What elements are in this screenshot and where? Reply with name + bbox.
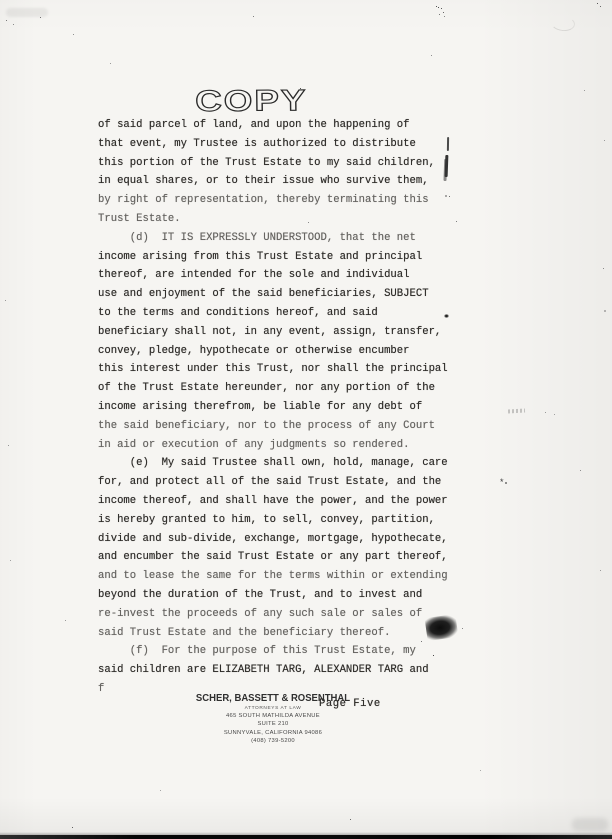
- document-line: income arising therefrom, be liable for …: [98, 398, 448, 417]
- ink-blob-smudge: [425, 614, 459, 641]
- scan-noise-speckles: [0, 0, 2, 2]
- letterhead-street: 465 SOUTH MATHILDA AVENUE: [168, 713, 378, 719]
- document-line: Trust Estate.: [98, 210, 448, 229]
- margin-pen-mark: [445, 155, 449, 177]
- copy-stamp: COPY: [195, 83, 308, 118]
- document-line: said children are ELIZABETH TARG, ALEXAN…: [98, 661, 448, 680]
- document-line: and encumber the said Trust Estate or an…: [98, 548, 448, 567]
- page-number: Page Five: [319, 698, 381, 710]
- document-line: income arising from this Trust Estate an…: [98, 248, 448, 267]
- document-line: beyond the duration of the Trust, and to…: [98, 586, 448, 605]
- document-line: income thereof, and shall have the power…: [98, 492, 448, 511]
- scan-edge-black-strip: [0, 835, 612, 839]
- document-line: of the Trust Estate hereunder, nor any p…: [98, 379, 448, 398]
- document-line: for, and protect all of the said Trust E…: [98, 473, 448, 492]
- pencil-scribble: [436, 6, 437, 7]
- letterhead-city: SUNNYVALE, CALIFORNIA 94086: [168, 730, 378, 736]
- letterhead-suite: SUITE 210: [168, 721, 378, 727]
- document-line: to the terms and conditions hereof, and …: [98, 304, 448, 323]
- document-line: the said beneficiary, nor to the process…: [98, 417, 448, 436]
- document-line: use and enjoyment of the said beneficiar…: [98, 285, 448, 304]
- document-line: beneficiary shall not, in any event, ass…: [98, 323, 448, 342]
- scan-smudge: [6, 8, 48, 17]
- document-line: in aid or execution of any judgments so …: [98, 436, 448, 455]
- margin-pen-dot: [444, 314, 449, 318]
- faint-arc-mark: [550, 15, 575, 32]
- margin-asterisk-mark: *: [500, 477, 504, 487]
- document-line: in equal shares, or to their issue who s…: [98, 172, 448, 191]
- document-line: by right of representation, thereby term…: [98, 191, 448, 210]
- document-line: said Trust Estate and the beneficiary th…: [98, 624, 448, 643]
- scanned-document-page: COPY of said parcel of land, and upon th…: [0, 0, 612, 839]
- document-line: thereof, are intended for the sole and i…: [98, 266, 448, 285]
- document-line: (f) For the purpose of this Trust Estate…: [98, 642, 448, 661]
- margin-pen-mark: [447, 137, 449, 151]
- scan-smudge: [572, 818, 608, 831]
- document-line: divide and sub-divide, exchange, mortgag…: [98, 530, 448, 549]
- document-line: re-invest the proceeds of any such sale …: [98, 605, 448, 624]
- document-line: this interest under this Trust, nor shal…: [98, 360, 448, 379]
- letterhead-phone: (408) 739-5200: [168, 738, 378, 744]
- document-line: of said parcel of land, and upon the hap…: [98, 116, 448, 135]
- document-line: (e) My said Trustee shall own, hold, man…: [98, 454, 448, 473]
- document-line: (d) IT IS EXPRESSLY UNDERSTOOD, that the…: [98, 229, 448, 248]
- document-line: and to lease the same for the terms with…: [98, 567, 448, 586]
- document-body: of said parcel of land, and upon the hap…: [98, 116, 448, 699]
- document-line: is hereby granted to him, to sell, conve…: [98, 511, 448, 530]
- document-line: convey, pledge, hypothecate or otherwise…: [98, 342, 448, 361]
- faint-pencil-squiggle: [508, 409, 525, 414]
- document-line: that event, my Trustee is authorized to …: [98, 135, 448, 154]
- document-line: this portion of the Trust Estate to my s…: [98, 154, 448, 173]
